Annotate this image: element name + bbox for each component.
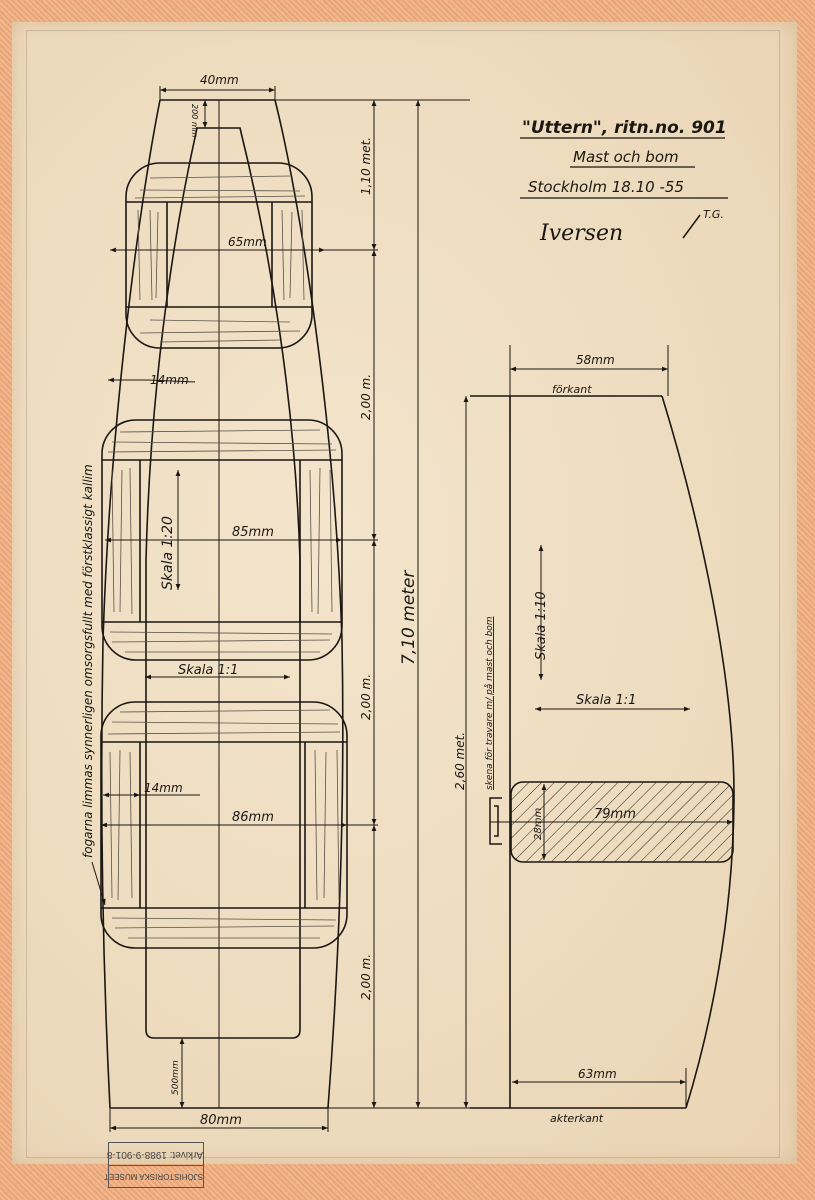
label-section-3-width: 86mm bbox=[232, 810, 274, 825]
label-boom-top-width: 58mm bbox=[576, 353, 615, 367]
label-dim-2-00-a: 2,00 m. bbox=[359, 374, 373, 420]
label-section-2-width: 85mm bbox=[232, 525, 274, 540]
label-dim-2-00-c: 2,00 m. bbox=[359, 954, 373, 1000]
title-block: "Uttern", ritn.no. 901 Mast och bom Stoc… bbox=[520, 118, 728, 246]
label-scale-1-20: Skala 1:20 bbox=[160, 516, 176, 590]
subject-title: Mast och bom bbox=[573, 148, 679, 166]
label-scale-1-10: Skala 1:10 bbox=[534, 591, 549, 660]
label-forkant: förkant bbox=[552, 383, 592, 396]
label-bottom-offset: 500mm bbox=[171, 1060, 181, 1095]
rail-profile-icon bbox=[490, 798, 502, 844]
label-section-1-width: 65mm bbox=[228, 235, 267, 249]
signature: Iversen bbox=[539, 221, 623, 246]
label-section-3-wall: 14mm bbox=[144, 781, 183, 795]
label-top-width: 40mm bbox=[200, 73, 239, 87]
glue-note: fogarna limmas synnerligen omsorgsfullt … bbox=[81, 464, 95, 858]
vessel-title: "Uttern", ritn.no. 901 bbox=[522, 118, 727, 138]
label-section-width: 79mm bbox=[594, 807, 636, 822]
mast-outline bbox=[102, 100, 343, 1108]
label-section-height: 28mm bbox=[533, 808, 544, 840]
boom-outline bbox=[470, 396, 734, 1108]
place-date: Stockholm 18.10 -55 bbox=[528, 178, 684, 196]
label-bottom-width: 80mm bbox=[200, 1113, 242, 1128]
boom-cross-section bbox=[490, 782, 733, 862]
label-boom-bottom-width: 63mm bbox=[578, 1067, 617, 1081]
stamp-museum: SJÖHISTORISKA MUSEET bbox=[109, 1166, 203, 1187]
label-dim-2-00-b: 2,00 m. bbox=[359, 674, 373, 720]
label-boom-scale-1-1: Skala 1:1 bbox=[576, 693, 636, 708]
label-mast-scale-1-1: Skala 1:1 bbox=[178, 663, 238, 678]
technical-drawing: "Uttern", ritn.no. 901 Mast och bom Stoc… bbox=[0, 0, 815, 1200]
initials: T.G. bbox=[703, 208, 724, 221]
boom-dimensions bbox=[466, 345, 690, 1108]
boom-labels: 58mm förkant 2,60 met. skena för travare… bbox=[453, 353, 636, 1125]
stamp-archive: Arkivet: 1988-9-901-8 bbox=[109, 1144, 203, 1166]
rail-note: skena för travare m/ på mast och bom bbox=[484, 616, 495, 790]
label-total-length: 7,10 meter bbox=[399, 570, 419, 665]
label-side-14mm: 14mm bbox=[150, 373, 189, 387]
label-boom-length: 2,60 met. bbox=[453, 732, 467, 790]
museum-archive-stamp: SJÖHISTORISKA MUSEET Arkivet: 1988-9-901… bbox=[108, 1142, 204, 1188]
label-akterkant: akterkant bbox=[550, 1112, 604, 1125]
label-top-offset: 200 mm bbox=[190, 104, 199, 138]
label-dim-1-10: 1,10 met. bbox=[359, 137, 373, 195]
